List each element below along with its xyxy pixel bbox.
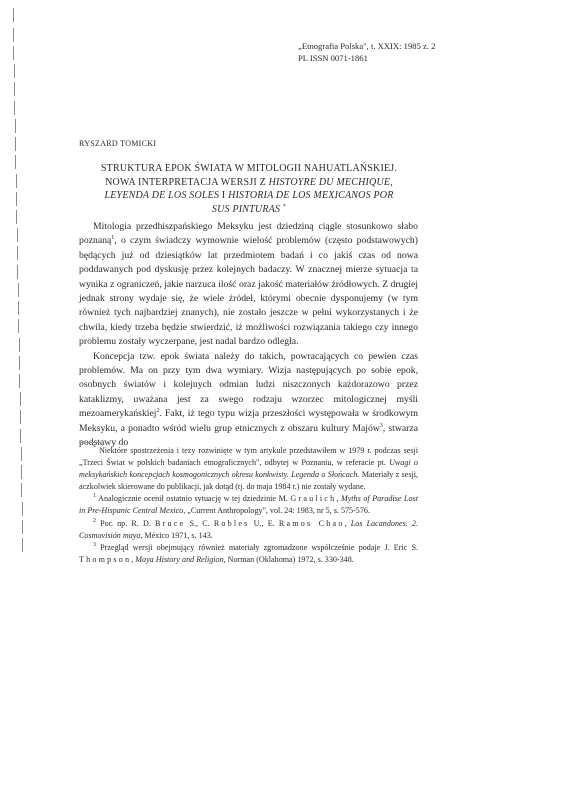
footnote-italic: Maya History and Religion xyxy=(135,555,223,564)
footnote-text: Analogicznie ocenił ostatnio sytuację w … xyxy=(96,494,290,503)
title-italic-text: HISTORIA DE LOS MEXICANOS POR xyxy=(228,190,393,201)
article-title: STRUKTURA EPOK ŚWIATA W MITOLOGII NAHUAT… xyxy=(79,162,419,216)
title-line-2: NOWA INTERPRETACJA WERSJI Z HISTOYRE DU … xyxy=(79,176,419,190)
cited-author: Ramos Chao xyxy=(279,519,345,528)
footnote-text: Niektóre spostrzeżenia i tezy rozwinięte… xyxy=(79,446,418,467)
issn-line: PL ISSN 0071-1861 xyxy=(298,52,435,64)
title-italic-text: LEYENDA DE LOS SOLES xyxy=(104,190,219,201)
cited-author: Thompson xyxy=(79,555,131,564)
footnote-text: , México 1971, s. 143. xyxy=(140,531,212,540)
author-name: RYSZARD TOMICKI xyxy=(79,139,156,148)
title-text: NOWA INTERPRETACJA WERSJI Z xyxy=(105,177,269,188)
binding-edge-marks xyxy=(13,8,25,608)
article-body: Mitologia przedhiszpańskiego Meksyku jes… xyxy=(79,220,418,451)
paragraph-1: Mitologia przedhiszpańskiego Meksyku jes… xyxy=(79,220,418,350)
footnote-3: 3 Przegląd wersji obejmujący również mat… xyxy=(79,542,418,566)
paragraph-text: , o czym świadczy wymownie wielość probl… xyxy=(79,235,418,347)
title-italic-text: HISTOYRE DU MECHIQUE, xyxy=(269,177,393,188)
footnote-divider xyxy=(79,442,101,443)
title-italic-text: SUS PINTURAS xyxy=(212,204,280,215)
cited-author: Graulich xyxy=(290,494,336,503)
title-text: I xyxy=(219,190,228,201)
paragraph-2: Koncepcja tzw. epok świata należy do tak… xyxy=(79,350,418,451)
footnote-text: , „Current Anthropology", vol. 24: 1983,… xyxy=(183,506,370,515)
journal-line: „Etnografia Polska", t. XXIX: 1985 z. 2 xyxy=(298,40,435,52)
cited-author: Robles xyxy=(214,519,250,528)
footnote-1: 1 Analogicznie ocenił ostatnio sytuację … xyxy=(79,493,418,517)
footnote-text: S., C. xyxy=(185,519,213,528)
footnote-star: * Niektóre spostrzeżenia i tezy rozwinię… xyxy=(79,445,418,493)
footnote-text: Por. np. R. D. xyxy=(96,519,155,528)
footnote-2: 2 Por. np. R. D. Bruce S., C. Robles U.,… xyxy=(79,518,418,542)
footnote-marker: * xyxy=(283,204,286,210)
journal-reference: „Etnografia Polska", t. XXIX: 1985 z. 2 … xyxy=(298,40,435,64)
title-line-3: LEYENDA DE LOS SOLES I HISTORIA DE LOS M… xyxy=(79,189,419,203)
footnote-text: , Norman (Oklahoma) 1972, s. 330-348. xyxy=(224,555,354,564)
footnotes: * Niektóre spostrzeżenia i tezy rozwinię… xyxy=(79,445,418,566)
cited-author: Bruce xyxy=(155,519,185,528)
title-line-4: SUS PINTURAS * xyxy=(79,203,419,217)
footnote-text: Przegląd wersji obejmujący również mater… xyxy=(96,543,418,552)
footnote-text: U., E. xyxy=(250,519,279,528)
title-line-1: STRUKTURA EPOK ŚWIATA W MITOLOGII NAHUAT… xyxy=(79,162,419,176)
